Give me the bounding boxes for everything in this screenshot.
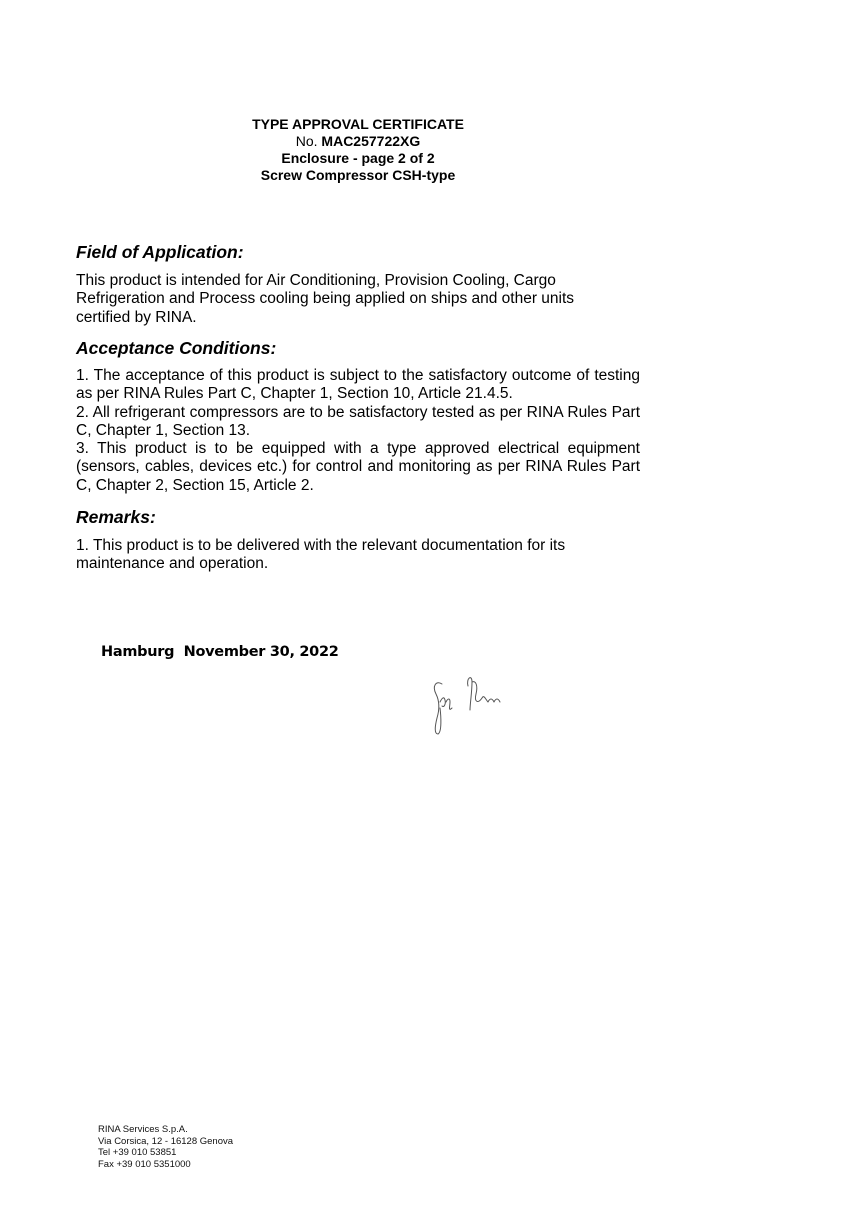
company-name: RINA Services S.p.A. [98, 1124, 233, 1136]
condition-item: 1. The acceptance of this product is sub… [76, 367, 640, 404]
conditions-list: 1. The acceptance of this product is sub… [76, 367, 640, 495]
company-footer: RINA Services S.p.A. Via Corsica, 12 - 1… [98, 1124, 233, 1170]
place-and-date: Hamburg November 30, 2022 [101, 644, 339, 660]
section-text: This product is intended for Air Conditi… [76, 272, 616, 327]
certificate-number-line: No. MAC257722XG [208, 133, 508, 150]
section-title: Remarks: [76, 507, 640, 527]
acceptance-conditions-section: Acceptance Conditions: 1. The acceptance… [76, 338, 640, 495]
signature-icon [428, 672, 508, 738]
company-tel: Tel +39 010 53851 [98, 1147, 233, 1159]
certificate-title: TYPE APPROVAL CERTIFICATE [208, 116, 508, 133]
field-of-application-section: Field of Application: This product is in… [76, 242, 640, 327]
remarks-section: Remarks: 1. This product is to be delive… [76, 507, 640, 574]
company-fax: Fax +39 010 5351000 [98, 1159, 233, 1171]
remark-item: 1. This product is to be delivered with … [76, 537, 596, 574]
product-subject: Screw Compressor CSH-type [208, 167, 508, 184]
certificate-number-prefix: No. [296, 133, 322, 149]
enclosure-page: Enclosure - page 2 of 2 [208, 150, 508, 167]
condition-item: 3. This product is to be equipped with a… [76, 440, 640, 495]
section-title: Field of Application: [76, 242, 640, 262]
company-address: Via Corsica, 12 - 16128 Genova [98, 1136, 233, 1148]
section-title: Acceptance Conditions: [76, 338, 640, 358]
certificate-header: TYPE APPROVAL CERTIFICATE No. MAC257722X… [208, 116, 508, 184]
condition-item: 2. All refrigerant compressors are to be… [76, 404, 640, 441]
certificate-number: MAC257722XG [321, 133, 420, 149]
